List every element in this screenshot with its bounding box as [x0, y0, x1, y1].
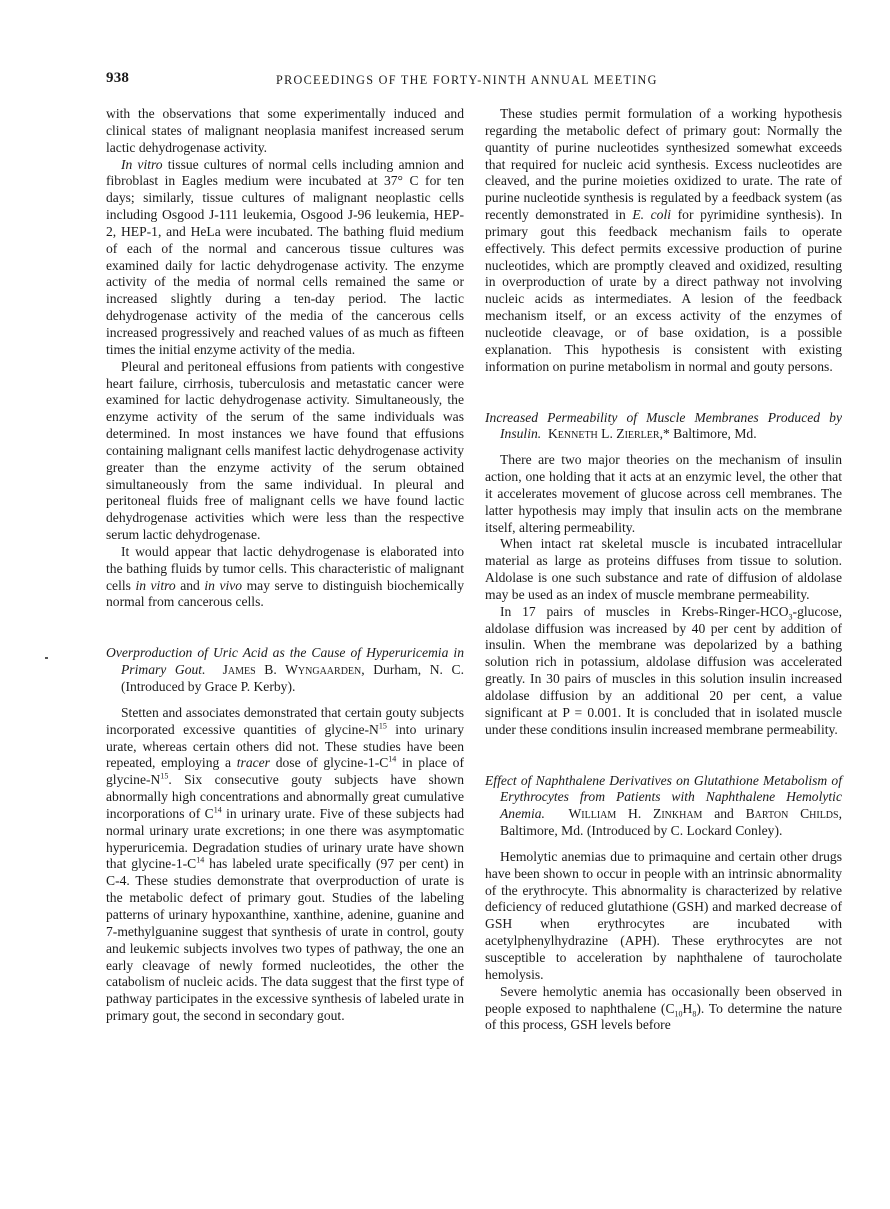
paragraph-text: and — [176, 578, 205, 593]
abstract-heading-gout: Overproduction of Uric Acid as the Cause… — [106, 645, 464, 696]
paragraph: Pleural and peritoneal effusions from pa… — [106, 359, 464, 544]
abstract-authors: Barton Childs — [746, 806, 839, 821]
italic-term: in vivo — [204, 578, 242, 593]
left-column: with the observations that some experime… — [106, 106, 464, 1025]
superscript: 15 — [379, 721, 387, 730]
abstract-authors: Kenneth L. Zierler,* — [548, 426, 670, 441]
paragraph: Hemolytic anemias due to primaquine and … — [485, 849, 842, 984]
paragraph: Stetten and associates demonstrated that… — [106, 705, 464, 1025]
section-gap — [106, 611, 464, 645]
paragraph: There are two major theories on the mech… — [485, 452, 842, 536]
paragraph: These studies permit formulation of a wo… — [485, 106, 842, 376]
section-gap — [106, 696, 464, 705]
superscript: 14 — [214, 805, 222, 814]
italic-term: in vitro — [135, 578, 175, 593]
paragraph-text: has labeled urate specifically (97 per c… — [106, 856, 464, 1023]
section-gap — [485, 376, 842, 410]
right-column: These studies permit formulation of a wo… — [485, 106, 842, 1034]
italic-term: In vitro — [121, 157, 163, 172]
paragraph-text: These studies permit formulation of a wo… — [485, 106, 842, 222]
italic-term: E. coli — [632, 207, 671, 222]
running-head: PROCEEDINGS OF THE FORTY-NINTH ANNUAL ME… — [276, 73, 658, 88]
subscript: 10 — [675, 1009, 683, 1018]
paragraph: Severe hemolytic anemia has occasionally… — [485, 984, 842, 1035]
paragraph-text: In 17 pairs of muscles in Krebs-Ringer-H… — [500, 604, 789, 619]
paragraph: When intact rat skeletal muscle is incub… — [485, 536, 842, 603]
abstract-authors: James B. Wyngaarden — [223, 662, 362, 677]
paragraph: It would appear that lactic dehydrogenas… — [106, 544, 464, 611]
abstract-heading-naphthalene: Effect of Naphthalene Derivatives on Glu… — [485, 773, 842, 840]
paragraph-text: -glucose, aldolase diffusion was increas… — [485, 604, 842, 737]
page-number: 938 — [106, 70, 129, 87]
section-gap — [485, 443, 842, 452]
paragraph-text: tissue cultures of normal cells includin… — [106, 157, 464, 357]
abstract-authors: William H. Zinkham — [568, 806, 702, 821]
italic-term: tracer — [237, 755, 270, 770]
paragraph: In 17 pairs of muscles in Krebs-Ringer-H… — [485, 604, 842, 739]
abstract-location: Baltimore, Md. — [670, 426, 757, 441]
section-gap — [485, 840, 842, 849]
paragraph-text: for pyrimidine synthesis). In primary go… — [485, 207, 842, 374]
paragraph: with the observations that some experime… — [106, 106, 464, 157]
abstract-author-conjunction: and — [702, 806, 745, 821]
paragraph: In vitro tissue cultures of normal cells… — [106, 157, 464, 359]
scan-speck — [45, 657, 48, 659]
section-gap — [485, 739, 842, 773]
paragraph-text: H — [683, 1001, 693, 1016]
paragraph-text: dose of glycine-1-C — [270, 755, 388, 770]
abstract-heading-insulin: Increased Permeability of Muscle Membran… — [485, 410, 842, 444]
